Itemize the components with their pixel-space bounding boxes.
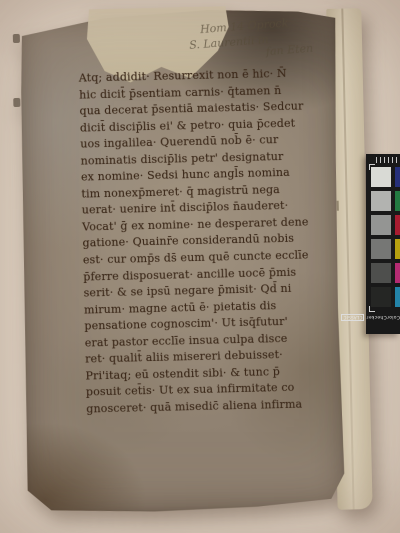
sewing-tab	[13, 34, 20, 43]
color-patch	[395, 191, 400, 211]
manuscript-leaf: Hom 14 Oprock S. Laurentii in fan Eten A…	[12, 2, 376, 522]
color-patch	[395, 167, 400, 187]
color-checker-classic-badge: CLASSIC	[341, 314, 364, 321]
gray-patch	[371, 191, 391, 211]
color-patch	[395, 215, 400, 235]
gray-patch	[371, 167, 391, 187]
gray-patch	[371, 239, 391, 259]
color-patch	[395, 263, 400, 283]
color-patch	[395, 287, 400, 307]
color-patch-column	[395, 167, 400, 311]
sewing-tab	[13, 98, 20, 107]
color-checker-label: ColorCheckerCLASSIC	[366, 314, 400, 321]
gray-patch	[371, 263, 391, 283]
gray-patch	[371, 287, 391, 307]
ruler-ticks	[376, 157, 400, 163]
manuscript-text-block: Atq; addidit· Resurrexit non ē hic· N̄ h…	[79, 65, 349, 418]
color-checker-strip: ColorCheckerCLASSIC	[366, 154, 400, 334]
gray-patch-column	[371, 167, 391, 311]
color-patch	[395, 239, 400, 259]
color-checker-label-text: ColorChecker	[366, 314, 400, 319]
photo-background: Hom 14 Oprock S. Laurentii in fan Eten A…	[0, 0, 400, 533]
gray-patch	[371, 215, 391, 235]
